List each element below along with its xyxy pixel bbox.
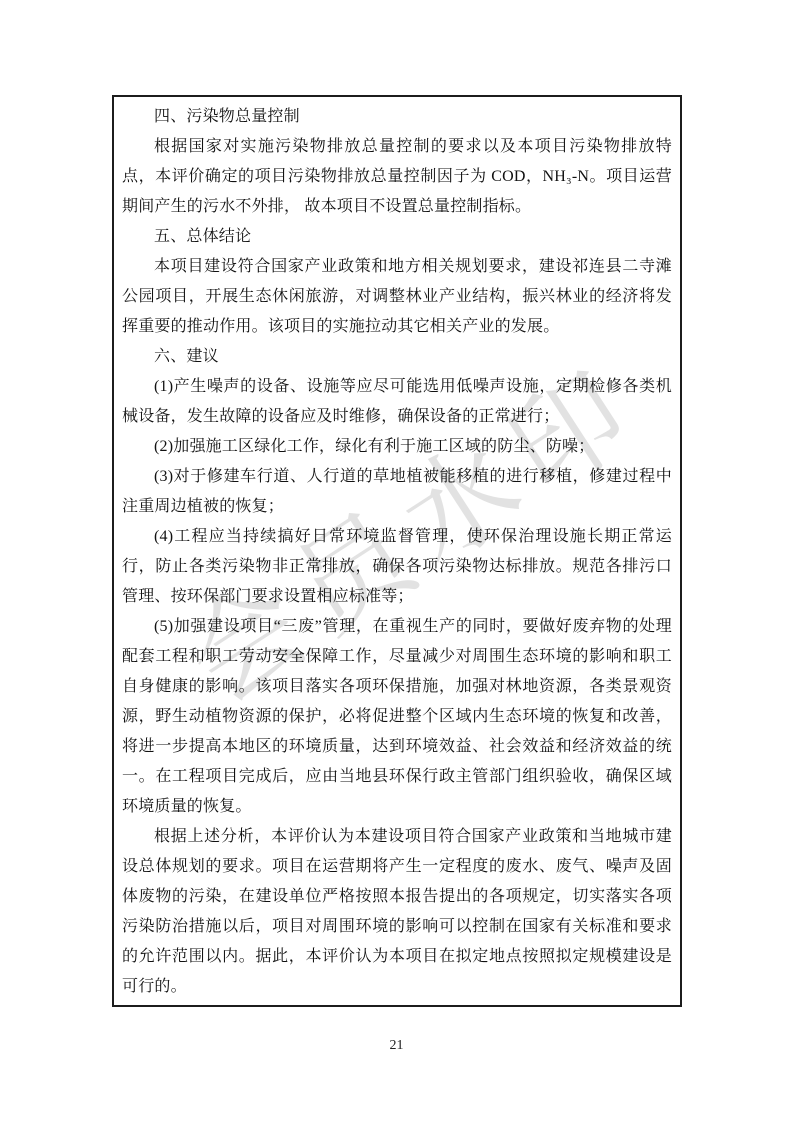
paragraph-suggestion-3: (3)对于修建车行道、人行道的草地植被能移植的进行移植，修建过程中注重周边植被的… [122, 462, 672, 522]
page-footer: 21 [0, 1036, 793, 1054]
paragraph-suggestion-5: (5)加强建设项目“三废”管理，在重视生产的同时，要做好废弃物的处理配套工程和职… [122, 612, 672, 822]
paragraph-suggestion-2: (2)加强施工区绿化工作，绿化有利于施工区域的防尘、防噪； [122, 432, 672, 462]
section-heading-overall-conclusion: 五、总体结论 [122, 222, 672, 252]
paragraph-suggestion-1: (1)产生噪声的设备、设施等应尽可能选用低噪声设施，定期检修各类机械设备，发生故… [122, 372, 672, 432]
paragraph-suggestion-4: (4)工程应当持续搞好日常环境监督管理，使环保治理设施长期正常运行，防止各类污染… [122, 522, 672, 612]
paragraph-final-feasibility: 根据上述分析，本评价认为本建设项目符合国家产业政策和当地城市建设总体规划的要求。… [122, 822, 672, 1002]
report-content-frame: 四、污染物总量控制 根据国家对实施污染物排放总量控制的要求以及本项目污染物排放特… [112, 95, 682, 1007]
section-heading-suggestions: 六、建议 [122, 342, 672, 372]
paragraph-overall-conclusion: 本项目建设符合国家产业政策和地方相关规划要求，建设祁连县二寺滩公园项目，开展生态… [122, 252, 672, 342]
paragraph-total-control: 根据国家对实施污染物排放总量控制的要求以及本项目污染物排放特点，本评价确定的项目… [122, 132, 672, 222]
page-number: 21 [390, 1038, 404, 1053]
section-heading-pollutant-total-control: 四、污染物总量控制 [122, 102, 672, 132]
